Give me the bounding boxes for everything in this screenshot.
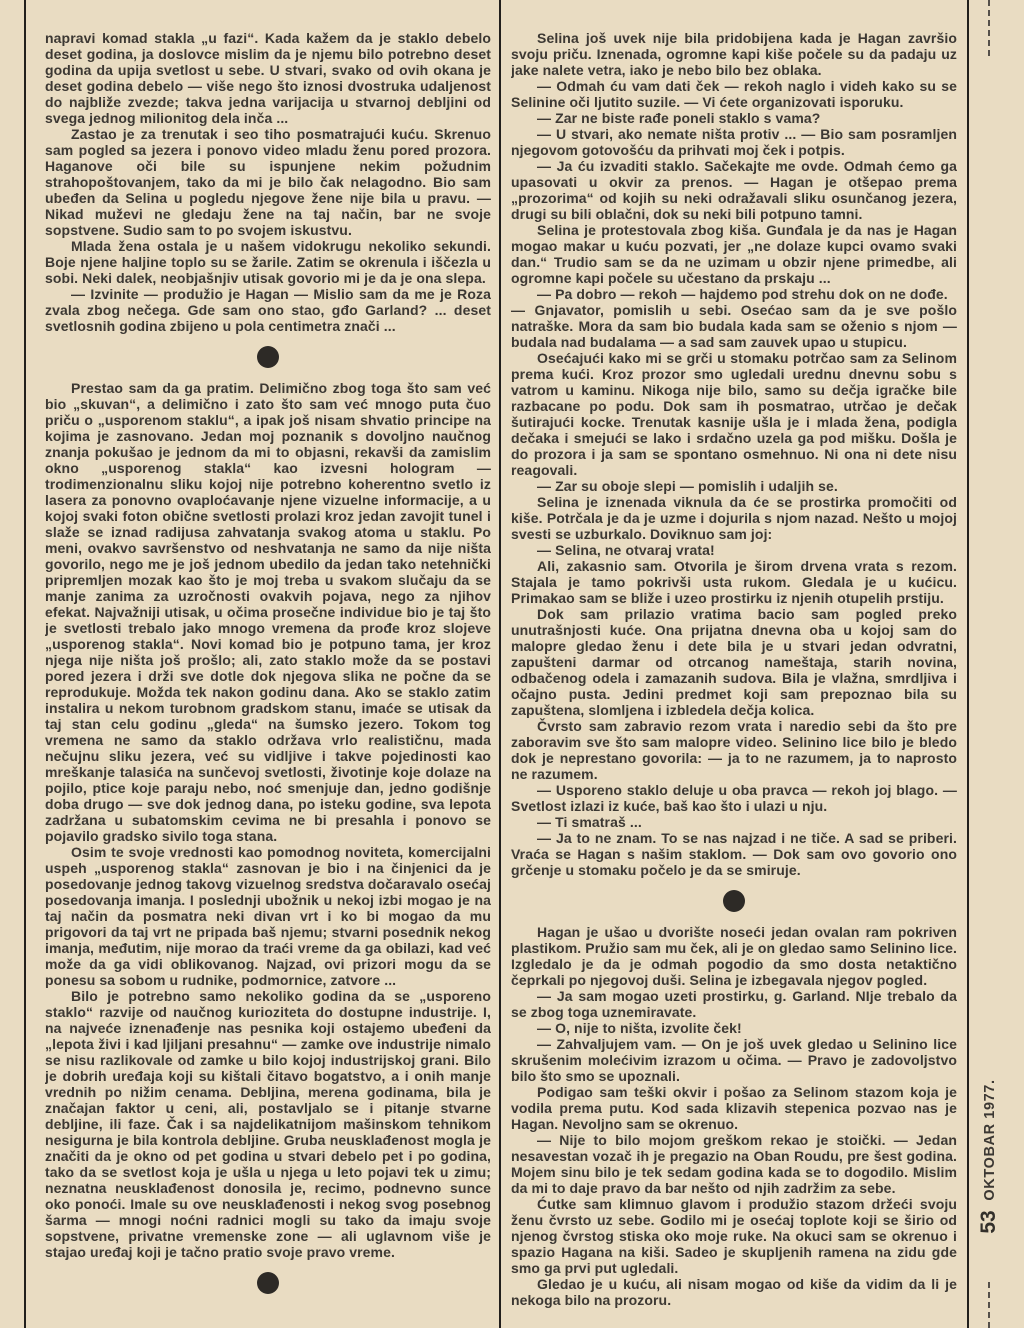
section-separator — [45, 1260, 491, 1306]
story-paragraph: Dok sam prilazio vratima bacio sam pogle… — [511, 606, 957, 718]
text-column-right: Selina još uvek nije bila pridobijena ka… — [511, 30, 957, 1310]
story-paragraph: Bilo je potrebno samo nekoliko godina da… — [45, 988, 491, 1260]
story-paragraph: — Ja sam mogao uzeti prostirku, g. Garla… — [511, 988, 957, 1020]
left-border-rule — [24, 0, 26, 1328]
story-paragraph: Hagan je ušao u dvorište noseći jedan ov… — [511, 924, 957, 988]
story-paragraph: Zastao je za trenutak i seo tiho posmatr… — [45, 126, 491, 238]
story-paragraph: — Ja ću izvaditi staklo. Sačekajte me ov… — [511, 158, 957, 222]
story-paragraph: — Usporeno staklo deluje u oba pravca — … — [511, 782, 957, 814]
story-paragraph: — Zahvaljujem vam. — On je još uvek gled… — [511, 1036, 957, 1084]
section-separator — [511, 878, 957, 924]
text-column-left: napravi komad stakla „u fazi“. Kada kaže… — [45, 30, 491, 1310]
section-separator — [45, 334, 491, 380]
story-paragraph: Selina je iznenada viknula da će se pros… — [511, 494, 957, 542]
story-paragraph: Gledao je u kuću, ali nisam mogao od kiš… — [511, 1276, 957, 1308]
story-paragraph: — Ja to ne znam. To se nas najzad i ne t… — [511, 830, 957, 878]
story-paragraph: napravi komad stakla „u fazi“. Kada kaže… — [45, 30, 491, 126]
story-paragraph: Osećajući kako mi se grči u stomaku potr… — [511, 350, 957, 478]
column-divider-rule — [499, 0, 501, 1328]
right-border-rule — [967, 0, 969, 1328]
story-paragraph: Osim te svoje vrednosti kao pomodnog nov… — [45, 844, 491, 988]
story-paragraph: — Selina, ne otvaraj vrata! — [511, 542, 957, 558]
story-paragraph: — Zar su oboje slepi — pomislih i udalji… — [511, 478, 957, 494]
story-paragraph: Mlada žena ostala je u našem vidokrugu n… — [45, 238, 491, 286]
story-paragraph: Selina je protestovala zbog kiša. Gunđal… — [511, 222, 957, 286]
trim-dash-top-right — [988, 0, 990, 56]
magazine-page: napravi komad stakla „u fazi“. Kada kaže… — [0, 0, 1024, 1328]
story-paragraph: Ali, zakasnio sam. Otvorila je širom drv… — [511, 558, 957, 606]
story-paragraph: — Gnjavator, pomislih u sebi. Osećao sam… — [511, 302, 957, 350]
story-paragraph: — Zar ne biste rađe poneli staklo s vama… — [511, 110, 957, 126]
story-paragraph: Ćutke sam klimnuo glavom i produžio staz… — [511, 1196, 957, 1276]
separator-dot-icon — [257, 346, 279, 368]
story-paragraph: Prestao sam da ga pratim. Delimično zbog… — [45, 380, 491, 844]
page-number: 53 — [977, 1210, 1001, 1233]
issue-date-label: OKTOBAR 1977. — [982, 1079, 998, 1200]
separator-dot-icon — [723, 890, 745, 912]
story-paragraph: — Nije to bilo mojom greškom rekao je st… — [511, 1132, 957, 1196]
separator-dot-icon — [257, 1272, 279, 1294]
story-paragraph: — Ti smatraš ... — [511, 814, 957, 830]
story-paragraph: — Izvinite — produžio je Hagan — Mislio … — [45, 286, 491, 334]
story-paragraph: Selina još uvek nije bila pridobijena ka… — [511, 30, 957, 78]
story-paragraph: Podigao sam teški okvir i pošao za Selin… — [511, 1084, 957, 1132]
story-paragraph: — Pa dobro — rekoh — hajdemo pod strehu … — [511, 286, 957, 302]
trim-dash-bottom-right — [988, 1282, 990, 1328]
story-paragraph: — Odmah ću vam dati ček — rekoh naglo i … — [511, 78, 957, 110]
story-paragraph: Čvrsto sam zabravio rezom vrata i naredi… — [511, 718, 957, 782]
story-paragraph: — U stvari, ako nemate ništa protiv ... … — [511, 126, 957, 158]
story-paragraph: — O, nije to ništa, izvolite ček! — [511, 1020, 957, 1036]
